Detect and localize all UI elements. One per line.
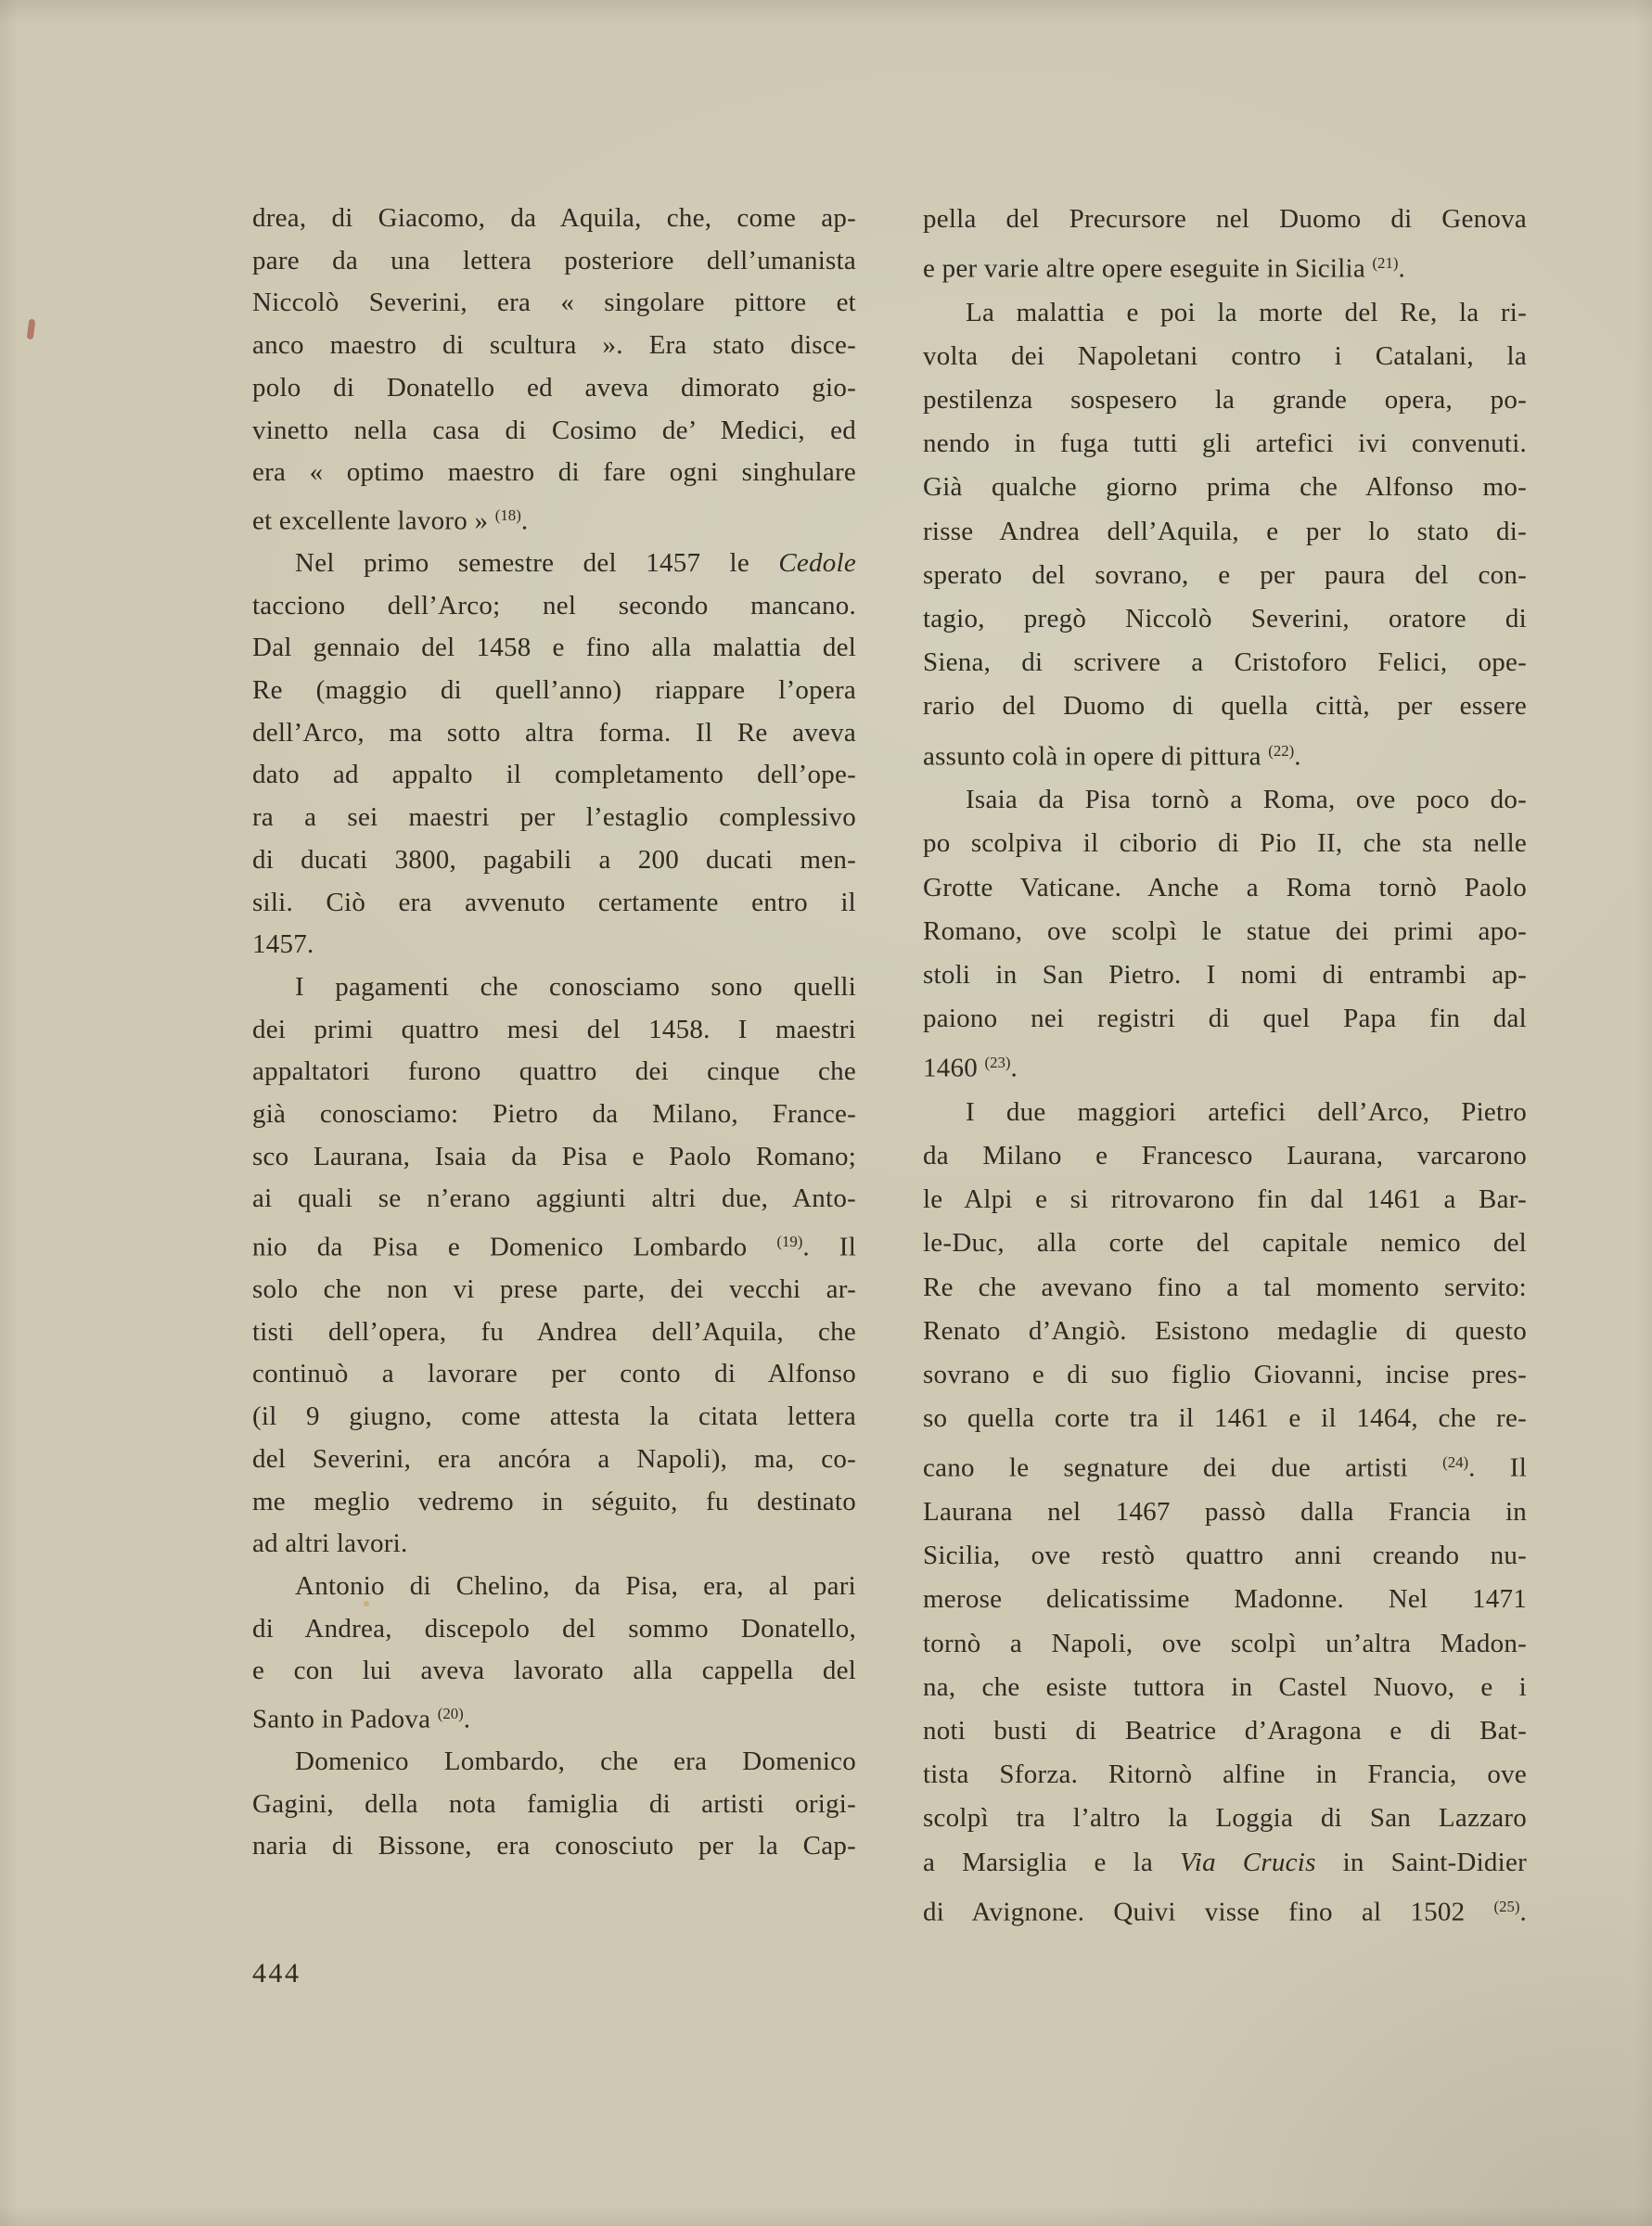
text-line: pestilenza sospesero la grande opera, po… [923,378,1527,422]
text-line: appaltatori furono quattro dei cinque ch… [252,1051,856,1094]
text-line: me meglio vedremo in séguito, fu destina… [252,1481,856,1524]
text-line: Santo in Padova (20). [252,1693,856,1741]
text-line: dell’Arco, ma sotto altra forma. Il Re a… [252,712,856,755]
text-line: Antonio di Chelino, da Pisa, era, al par… [252,1566,856,1608]
text-line: da Milano e Francesco Laurana, varcarono [923,1134,1527,1178]
text-line: e con lui aveva lavorato alla cappella d… [252,1650,856,1693]
text-line: Laurana nel 1467 passò dalla Francia in [923,1490,1527,1534]
text-line: di Avignone. Quivi visse fino al 1502 (2… [923,1885,1527,1934]
text-line: scolpì tra l’altro la Loggia di San Lazz… [923,1797,1527,1840]
text-line: naria di Bissone, era conosciuto per la … [252,1825,856,1868]
text-line: Gagini, della nota famiglia di artisti o… [252,1784,856,1826]
text-line: Sicilia, ove restò quattro anni creando … [923,1534,1527,1578]
scan-speck-yellow [364,1601,369,1606]
text-line: Siena, di scrivere a Cristoforo Felici, … [923,641,1527,684]
text-line: Isaia da Pisa tornò a Roma, ove poco do- [923,778,1527,822]
text-line: cano le segnature dei due artisti (24). … [923,1440,1527,1490]
text-line: Domenico Lombardo, che era Domenico [252,1741,856,1784]
right-column: pella del Precursore nel Duomo di Genova… [923,198,1527,1934]
text-line: drea, di Giacomo, da Aquila, che, come a… [252,198,856,240]
text-line: risse Andrea dell’Aquila, e per lo stato… [923,510,1527,554]
text-line: Dal gennaio del 1458 e fino alla malatti… [252,627,856,670]
text-line: I pagamenti che conosciamo sono quelli [252,966,856,1009]
text-line: sperato del sovrano, e per paura del con… [923,554,1527,597]
text-line: e per varie altre opere eseguite in Sici… [923,241,1527,290]
text-line: le Alpi e si ritrovarono fin dal 1461 a … [923,1178,1527,1222]
text-line: tornò a Napoli, ove scolpì un’altra Mado… [923,1622,1527,1666]
text-line: Grotte Vaticane. Anche a Roma tornò Paol… [923,866,1527,910]
text-line: stoli in San Pietro. I nomi di entrambi … [923,953,1527,997]
text-line: di ducati 3800, pagabili a 200 ducati me… [252,839,856,882]
text-line: ra a sei maestri per l’estaglio compless… [252,797,856,839]
text-line: del Severini, era ancóra a Napoli), ma, … [252,1439,856,1481]
book-page: drea, di Giacomo, da Aquila, che, come a… [0,0,1652,2226]
text-line: tisti dell’opera, fu Andrea dell’Aquila,… [252,1311,856,1354]
text-line: di Andrea, discepolo del sommo Donatello… [252,1608,856,1651]
text-line: sili. Ciò era avvenuto certamente entro … [252,882,856,925]
text-line: Già qualche giorno prima che Alfonso mo- [923,466,1527,509]
text-line: continuò a lavorare per conto di Alfonso [252,1353,856,1396]
text-line: merose delicatissime Madonne. Nel 1471 [923,1578,1527,1621]
text-line: La malattia e poi la morte del Re, la ri… [923,291,1527,335]
text-line: tacciono dell’Arco; nel secondo mancano. [252,585,856,628]
text-columns: drea, di Giacomo, da Aquila, che, come a… [252,198,1527,1934]
text-line: Re che avevano fino a tal momento servit… [923,1266,1527,1310]
scan-speck-red [27,319,36,340]
text-line: na, che esiste tuttora in Castel Nuovo, … [923,1666,1527,1709]
text-line: sco Laurana, Isaia da Pisa e Paolo Roman… [252,1136,856,1179]
text-line: pare da una lettera posteriore dell’uman… [252,240,856,283]
text-line: Renato d’Angiò. Esistono medaglie di que… [923,1310,1527,1353]
text-line: I due maggiori artefici dell’Arco, Pietr… [923,1091,1527,1134]
text-line: et excellente lavoro » (18). [252,494,856,543]
text-line: era « optimo maestro di fare ogni singhu… [252,452,856,494]
text-line: nio da Pisa e Domenico Lombardo (19). Il [252,1221,856,1269]
text-line: Romano, ove scolpì le statue dei primi a… [923,910,1527,953]
text-line: po scolpiva il ciborio di Pio II, che st… [923,822,1527,865]
text-line: tista Sforza. Ritornò alfine in Francia,… [923,1753,1527,1797]
text-line: rario del Duomo di quella città, per ess… [923,684,1527,728]
text-line: a Marsiglia e la Via Crucis in Saint-Did… [923,1841,1527,1885]
text-line: dato ad appalto il completamento dell’op… [252,754,856,797]
text-line: paiono nei registri di quel Papa fin dal [923,997,1527,1041]
text-line: Re (maggio di quell’anno) riappare l’ope… [252,670,856,712]
text-line: pella del Precursore nel Duomo di Genova [923,198,1527,241]
text-line: le-Duc, alla corte del capitale nemico d… [923,1222,1527,1265]
left-column: drea, di Giacomo, da Aquila, che, come a… [252,198,856,1934]
text-line: vinetto nella casa di Cosimo de’ Medici,… [252,410,856,453]
text-line: (il 9 giugno, come attesta la citata let… [252,1396,856,1439]
text-line: tagio, pregò Niccolò Severini, oratore d… [923,597,1527,641]
text-line: già conosciamo: Pietro da Milano, France… [252,1094,856,1136]
page-number: 444 [252,1953,301,1994]
text-line: ad altri lavori. [252,1523,856,1566]
text-line: 1460 (23). [923,1041,1527,1090]
text-line: assunto colà in opere di pittura (22). [923,729,1527,778]
text-line: sovrano e di suo figlio Giovanni, incise… [923,1353,1527,1397]
text-line: nendo in fuga tutti gli artefici ivi con… [923,422,1527,466]
text-line: Niccolò Severini, era « singolare pittor… [252,282,856,325]
text-line: noti busti di Beatrice d’Aragona e di Ba… [923,1709,1527,1753]
text-line: volta dei Napoletani contro i Catalani, … [923,335,1527,378]
text-line: Nel primo semestre del 1457 le Cedole [252,543,856,585]
text-line: solo che non vi prese parte, dei vecchi … [252,1269,856,1311]
text-line: so quella corte tra il 1461 e il 1464, c… [923,1397,1527,1440]
text-line: ai quali se n’erano aggiunti altri due, … [252,1178,856,1221]
text-line: dei primi quattro mesi del 1458. I maest… [252,1009,856,1052]
text-line: polo di Donatello ed aveva dimorato gio- [252,367,856,410]
text-line: anco maestro di scultura ». Era stato di… [252,325,856,367]
text-line: 1457. [252,924,856,966]
